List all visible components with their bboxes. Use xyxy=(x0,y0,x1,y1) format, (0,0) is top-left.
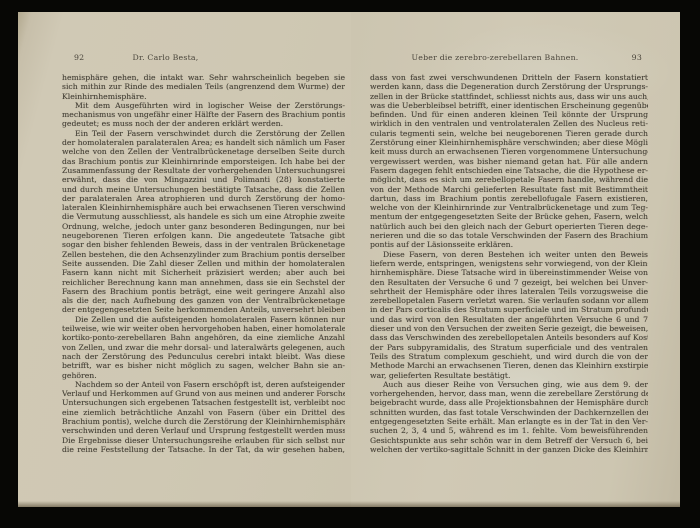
text-line: sich mithin zur Rinde des medialen Teils… xyxy=(62,82,345,91)
text-line: Auch aus dieser Reihe von Versuchen ging… xyxy=(370,380,648,389)
text-line: Zellen bestehen, die den Achsenzylinder … xyxy=(62,250,345,259)
text-line: liefern werde, entspringen, wenigstens s… xyxy=(370,259,648,268)
text-line: kortiko-ponto-zerebellaren Bahn angehöre… xyxy=(62,333,345,342)
page-number-right: 93 xyxy=(632,53,642,62)
text-line: werden kann, dass die Degeneration durch… xyxy=(370,82,648,91)
text-line: nerieren und die so das totale Verschwin… xyxy=(370,231,648,240)
text-line: Diese Fasern, von deren Bestehen ich wei… xyxy=(370,250,648,259)
text-line: betrifft, war es bisher nicht möglich zu… xyxy=(62,361,345,370)
text-line: dieser und von den Versuchen der zweiten… xyxy=(370,324,648,333)
text-line: pontis auf der Läsionsseite erklären. xyxy=(370,240,648,249)
text-line: von Zellen, und zwar die mehr dorsal- un… xyxy=(62,343,345,352)
text-line: neugeborenen Tieren erfolgen kann. Die a… xyxy=(62,231,345,240)
text-line: lateralen Kleinhirnhemisphäre auch bei e… xyxy=(62,203,345,212)
text-line: die reine Feststellung der Tatsache. In … xyxy=(62,445,345,454)
text-line: zerebellopetalen Fasern verletzt waren. … xyxy=(370,296,648,305)
text-line: welchen der vertiko-sagittale Schnitt in… xyxy=(370,445,648,454)
text-line: cularis tegmenti sein, welche bei neugeb… xyxy=(370,129,648,138)
text-line: Fasern dagegen fehlt entschieden eine Ta… xyxy=(370,166,648,175)
text-line: vergewissert werden, was bisher niemand … xyxy=(370,157,648,166)
text-line: erwähnt, dass die von Mingazzini und Pol… xyxy=(62,175,345,184)
text-line: als die der, nach Aufhebung des ganzen v… xyxy=(62,296,345,305)
text-line: welche von der Kleinhirnrinde zur Ventra… xyxy=(370,203,648,212)
text-line: schnitten wurden, das fast totale Versch… xyxy=(370,408,648,417)
text-line: dartun, dass im Brachium pontis zerebell… xyxy=(370,194,648,203)
text-line: hirnhemisphäre. Diese Tatsache wird in ü… xyxy=(370,268,648,277)
text-line: gedeutet; es muss noch der der anderen e… xyxy=(62,119,345,128)
text-line: mechanismus von ungefähr einer Hälfte de… xyxy=(62,110,345,119)
text-line: dass das Verschwinden des zerebellopetal… xyxy=(370,333,648,342)
text-line: Fasern kann nicht mit Sicherheit präzisi… xyxy=(62,268,345,277)
text-line: in der Pars corticalis des Stratum super… xyxy=(370,305,648,314)
text-line: Methode Marchi an erwachsenen Tieren, de… xyxy=(370,361,648,370)
text-line: Zerstörung einer Kleinhirnhemisphäre ver… xyxy=(370,138,648,147)
text-line: Brachium pontis), welche durch die Zerst… xyxy=(62,417,345,426)
text-line: gehören. xyxy=(62,371,345,380)
text-line: keit muss durch an erwachsenen Tieren vo… xyxy=(370,147,648,156)
text-line: zellen in der Brücke stattfindet, schlie… xyxy=(370,92,648,101)
text-line: welche von den Zellen der Ventralbrücken… xyxy=(62,147,345,156)
text-line: Mit dem Ausgeführten wird in logischer W… xyxy=(62,101,345,110)
text-line: Teils des Stratum complexum geschieht, u… xyxy=(370,352,648,361)
text-line: Seite aussenden. Die Zahl dieser Zellen … xyxy=(62,259,345,268)
text-line: das Brachium pontis zur Kleinhirnrinde e… xyxy=(62,157,345,166)
text-line: und durch meine Untersuchungen bestätigt… xyxy=(62,185,345,194)
running-header-right: Ueber die zerebro-zerebellaren Bahnen. xyxy=(356,53,634,62)
text-line: von der Methode Marchi gelieferten Resul… xyxy=(370,185,648,194)
text-line: vorhergehenden, hervor, dass man, wenn d… xyxy=(370,389,648,398)
text-line: sehrtheit der Hemisphäre oder ihres late… xyxy=(370,287,648,296)
text-line: was die Ueberbleibsel betrifft, einer id… xyxy=(370,101,648,110)
text-line: möglicht, dass es sich um zerebellopetal… xyxy=(370,175,648,184)
text-line: mentum der entgegengesetzten Seite der B… xyxy=(370,212,648,221)
text-line: und das wird von den Resultaten der ange… xyxy=(370,315,648,324)
text-line: Die Zellen und die aufsteigenden homolat… xyxy=(62,315,345,324)
text-line: den Resultaten der Versuche 6 und 7 geze… xyxy=(370,278,648,287)
text-line: teilweise, wie wir weiter oben hervorgeh… xyxy=(62,324,345,333)
text-line: Zusammenfassung der Resultate der vorher… xyxy=(62,166,345,175)
text-line: die Vermutung ausschliesst, als handele … xyxy=(62,212,345,221)
page-left-header: 92 Dr. Carlo Besta, xyxy=(62,53,345,64)
text-line: eine ziemlich beträchtliche Anzahl von F… xyxy=(62,408,345,417)
text-line: entgegengesetzten Seite erhält. Man erla… xyxy=(370,417,648,426)
text-line: hemisphäre gehen, die intakt war. Sehr w… xyxy=(62,73,345,82)
text-line: wirklich in den ventralen und ventrolate… xyxy=(370,119,648,128)
page-right-text: dass von fast zwei verschwundenen Dritte… xyxy=(370,73,648,454)
text-line: Verlauf und Herkommen auf Grund von aus … xyxy=(62,389,345,398)
page-right: Ueber die zerebro-zerebellaren Bahnen. 9… xyxy=(351,12,680,507)
text-line: Kleinhirnhemisphäre. xyxy=(62,92,345,101)
page-left: 92 Dr. Carlo Besta, hemisphäre gehen, di… xyxy=(18,12,351,507)
book-spread: 92 Dr. Carlo Besta, hemisphäre gehen, di… xyxy=(18,12,680,507)
text-line: der homolateralen paralateralen Area; es… xyxy=(62,138,345,147)
running-header-left: Dr. Carlo Besta, xyxy=(24,53,307,62)
text-line: reichlicher Berechnung kann man annehmen… xyxy=(62,278,345,287)
text-line: der paralateralen Area atrophieren und d… xyxy=(62,194,345,203)
text-line: Nachdem so der Anteil von Fasern erschöp… xyxy=(62,380,345,389)
text-line: Gesichtspunkte aus sehr schön war in dem… xyxy=(370,436,648,445)
text-line: nach der Zerstörung des Pedunculus cereb… xyxy=(62,352,345,361)
text-line: befinden. Und für einen anderen kleinen … xyxy=(370,110,648,119)
text-line: Fasern des Brachium pontis beträgt, eine… xyxy=(62,287,345,296)
text-line: der entgegengesetzten Seite herkommenden… xyxy=(62,305,345,314)
text-line: verschwinden und deren Verlauf und Urspr… xyxy=(62,426,345,435)
text-line: sogar den bisher fehlenden Beweis, dass … xyxy=(62,240,345,249)
text-line: war, gelieferten Resultate bestätigt. xyxy=(370,371,648,380)
page-right-header: Ueber die zerebro-zerebellaren Bahnen. 9… xyxy=(370,53,648,64)
text-line: Ordnung, welche, jedoch unter ganz beson… xyxy=(62,222,345,231)
text-line: Die Ergebnisse dieser Untersuchungsreihe… xyxy=(62,436,345,445)
text-line: Ein Teil der Fasern verschwindet durch d… xyxy=(62,129,345,138)
text-line: der Pars subpyramidalis, des Stratum sup… xyxy=(370,343,648,352)
page-left-text: hemisphäre gehen, die intakt war. Sehr w… xyxy=(62,73,345,454)
text-line: natürlich auch bei den gleich nach der G… xyxy=(370,222,648,231)
text-line: beigebracht wurde, dass alle Projektions… xyxy=(370,398,648,407)
text-line: suchen 2, 3, 4 und 5, während es im 1. f… xyxy=(370,426,648,435)
text-line: dass von fast zwei verschwundenen Dritte… xyxy=(370,73,648,82)
text-line: Untersuchungen sich ergebenen Tatsachen … xyxy=(62,398,345,407)
